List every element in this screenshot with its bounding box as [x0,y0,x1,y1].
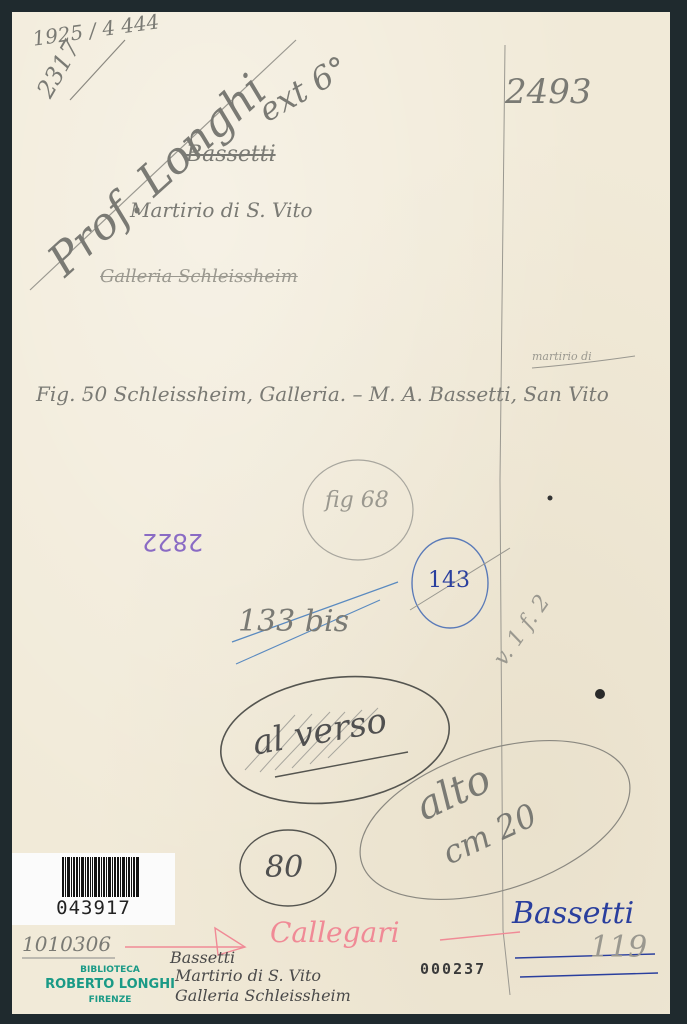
stamp-roberto-longhi: ROBERTO LONGHI [30,977,190,992]
inventory-number: 1010306 [22,932,111,956]
note-bassetti-struck: Bassetti [186,142,276,167]
main-caption: Fig. 50 Schleissheim, Galleria. – M. A. … [36,382,609,406]
handwritten-bassetti: Bassetti [170,948,235,967]
barcode-label: 043917 [12,853,175,925]
note-martirio: Martirio di S. Vito [130,198,313,222]
stamp-biblioteca: BIBLIOTECA [55,965,165,975]
circled-80: 80 [265,850,303,885]
barcode-icon [62,857,162,897]
handwritten-martirio: Martirio di S. Vito [175,966,321,985]
blue-circled-143: 143 [428,568,470,593]
purple-stamp-number: 2822 [142,528,203,556]
caption-annotation: martirio di [532,350,592,363]
blue-signature-bassetti: Bassetti [512,896,634,931]
handwritten-galleria: Galleria Schleissheim [175,986,351,1005]
top-right-number: 2493 [505,72,592,112]
note-galleria-struck: Galleria Schleissheim [100,266,298,287]
barcode-number: 043917 [12,897,175,919]
serial-number: 000237 [420,960,486,978]
struck-number-133bis: 133 bis [238,604,349,639]
pencil-number-119: 119 [590,930,647,965]
red-scribble: Callegari [270,916,400,949]
stamp-firenze: FIRENZE [55,995,165,1005]
circled-fig-68: fig 68 [325,488,389,513]
